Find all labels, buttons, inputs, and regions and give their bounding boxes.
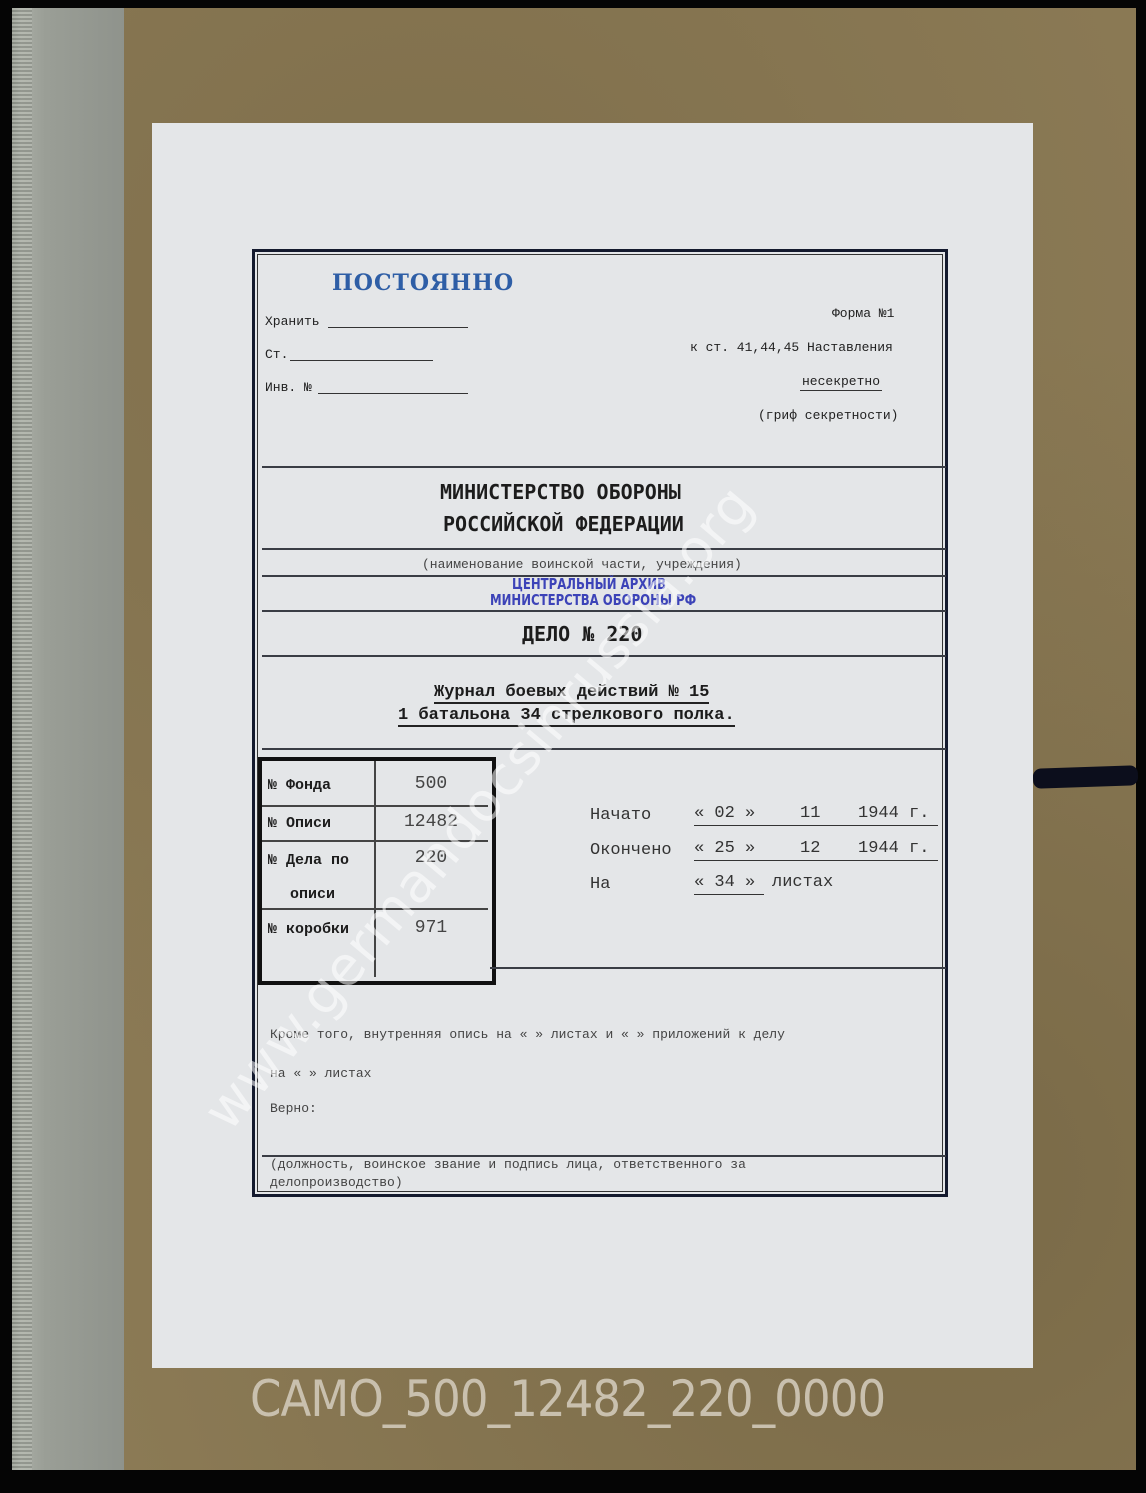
form-number: Форма №1 <box>832 306 894 321</box>
article-field-line <box>290 360 433 361</box>
started-month: 11 <box>800 804 820 823</box>
classification-caption: (гриф секретности) <box>758 408 898 423</box>
permanent-stamp: ПОСТОЯННО <box>332 270 514 296</box>
started-year: 1944 г. <box>858 804 929 823</box>
divider <box>262 748 946 750</box>
divider <box>262 548 946 550</box>
article-label: Ст. <box>265 347 288 362</box>
sheets-underline <box>694 894 764 895</box>
divider <box>262 466 946 468</box>
folder-spine-edge <box>12 8 32 1470</box>
image-caption: CAMO_500_12482_220_0000 <box>250 1370 885 1428</box>
registry-label-case: № Дела по <box>268 852 349 869</box>
sheets-label: На <box>590 875 610 894</box>
folder-tie-string <box>1033 765 1139 789</box>
inventory-label: Инв. № <box>265 380 312 395</box>
sheets-count: « 34 » <box>694 873 755 892</box>
ended-underline <box>694 860 938 861</box>
keep-field-line <box>328 327 468 328</box>
ended-year: 1944 г. <box>858 839 929 858</box>
ministry-line-2: РОССИЙСКОЙ ФЕДЕРАЦИИ <box>443 512 684 536</box>
regulation-reference: к ст. 41,44,45 Наставления <box>690 340 893 355</box>
started-label: Начато <box>590 806 651 825</box>
sheets-suffix: листах <box>772 873 833 892</box>
inner-inventory-line-1: Кроме того, внутренняя опись на « » лист… <box>270 1027 785 1042</box>
divider <box>490 967 946 969</box>
inventory-field-line <box>318 393 468 394</box>
registry-label-fond: № Фонда <box>268 777 331 794</box>
ministry-line-1: МИНИСТЕРСТВО ОБОРОНЫ <box>440 480 681 504</box>
ended-label: Окончено <box>590 841 672 860</box>
started-day: « 02 » <box>694 804 755 823</box>
registry-label-inventory: № Описи <box>268 815 331 832</box>
ended-day: « 25 » <box>694 839 755 858</box>
ended-month: 12 <box>800 839 820 858</box>
signature-caption-line-2: делопроизводство) <box>270 1175 403 1190</box>
started-underline <box>694 825 938 826</box>
registry-label-case-2: описи <box>290 886 335 903</box>
classification-value: несекретно <box>800 374 882 391</box>
certified-label: Верно: <box>270 1101 317 1116</box>
keep-label: Хранить <box>265 314 320 329</box>
signature-caption-line-1: (должность, воинское звание и подпись ли… <box>270 1157 746 1172</box>
